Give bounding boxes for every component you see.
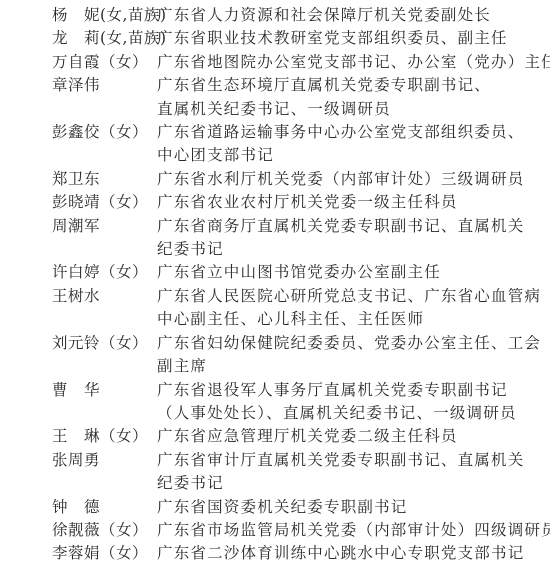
person-role: 广东省道路运输事务中心办公室党支部组织委员、 中心团支部书记 <box>157 121 492 168</box>
list-item: 郑卫东 广东省水利厅机关党委（内部审计处）三级调研员 <box>52 168 502 191</box>
role-line: 广东省妇幼保健院纪委委员、党委办公室主任、工会 <box>157 332 492 355</box>
list-item: 彭鑫佼（女） 广东省道路运输事务中心办公室党支部组织委员、 中心团支部书记 <box>52 121 502 168</box>
person-name: 彭晓靖（女） <box>52 191 157 214</box>
person-name: 许白婷（女） <box>52 261 157 284</box>
person-role: 广东省退役军人事务厅直属机关党委专职副书记 （人事处处长）、直属机关纪委书记、一… <box>157 379 492 426</box>
role-line: 广东省人力资源和社会保障厅机关党委副处长 <box>157 4 492 27</box>
person-name: 刘元铃（女） <box>52 332 157 355</box>
role-line: 广东省职业技术教研室党支部组织委员、副主任 <box>157 27 492 50</box>
list-item: 章泽伟 广东省生态环境厅直属机关党委专职副书记、 直属机关纪委书记、一级调研员 <box>52 74 502 121</box>
person-role: 广东省地图院办公室党支部书记、办公室（党办）主任 <box>157 51 492 74</box>
person-name: 杨 妮(女,苗族) <box>52 4 157 27</box>
list-item: 万自霞（女） 广东省地图院办公室党支部书记、办公室（党办）主任 <box>52 51 502 74</box>
person-role: 广东省立中山图书馆党委办公室副主任 <box>157 261 492 284</box>
person-name: 彭鑫佼（女） <box>52 121 157 144</box>
role-line: 广东省国资委机关纪委专职副书记 <box>157 496 492 519</box>
list-item: 徐靓薇（女） 广东省市场监管局机关党委（内部审计处）四级调研员 <box>52 519 502 542</box>
role-line: 广东省商务厅直属机关党委专职副书记、直属机关 <box>157 215 492 238</box>
person-role: 广东省职业技术教研室党支部组织委员、副主任 <box>157 27 492 50</box>
person-name: 曹 华 <box>52 379 157 402</box>
role-line: 广东省道路运输事务中心办公室党支部组织委员、 <box>157 121 492 144</box>
role-line: 广东省水利厅机关党委（内部审计处）三级调研员 <box>157 168 492 191</box>
role-line: 广东省应急管理厅机关党委二级主任科员 <box>157 425 492 448</box>
role-line: （人事处处长）、直属机关纪委书记、一级调研员 <box>157 402 492 425</box>
role-line: 广东省生态环境厅直属机关党委专职副书记、 <box>157 74 492 97</box>
person-role: 广东省国资委机关纪委专职副书记 <box>157 496 492 519</box>
role-line: 广东省审计厅直属机关党委专职副书记、直属机关 <box>157 449 492 472</box>
list-item: 彭晓靖（女） 广东省农业农村厅机关党委一级主任科员 <box>52 191 502 214</box>
person-name: 王树水 <box>52 285 157 308</box>
role-line: 广东省二沙体育训练中心跳水中心专职党支部书记 <box>157 542 492 565</box>
person-name: 徐靓薇（女） <box>52 519 157 542</box>
person-role: 广东省二沙体育训练中心跳水中心专职党支部书记 <box>157 542 492 565</box>
role-line: 广东省农业农村厅机关党委一级主任科员 <box>157 191 492 214</box>
list-item: 钟 德 广东省国资委机关纪委专职副书记 <box>52 496 502 519</box>
list-item: 刘元铃（女） 广东省妇幼保健院纪委委员、党委办公室主任、工会 副主席 <box>52 332 502 379</box>
role-line: 纪委书记 <box>157 238 492 261</box>
person-role: 广东省审计厅直属机关党委专职副书记、直属机关 纪委书记 <box>157 449 492 496</box>
list-item: 李蓉娟（女） 广东省二沙体育训练中心跳水中心专职党支部书记 <box>52 542 502 565</box>
person-role: 广东省市场监管局机关党委（内部审计处）四级调研员 <box>157 519 492 542</box>
list-item: 周潮军 广东省商务厅直属机关党委专职副书记、直属机关 纪委书记 <box>52 215 502 262</box>
personnel-list: 杨 妮(女,苗族) 广东省人力资源和社会保障厅机关党委副处长 龙 莉(女,苗族)… <box>52 4 502 566</box>
person-name: 龙 莉(女,苗族) <box>52 27 157 50</box>
role-line: 副主席 <box>157 355 492 378</box>
person-role: 广东省生态环境厅直属机关党委专职副书记、 直属机关纪委书记、一级调研员 <box>157 74 492 121</box>
person-role: 广东省农业农村厅机关党委一级主任科员 <box>157 191 492 214</box>
list-item: 张周勇 广东省审计厅直属机关党委专职副书记、直属机关 纪委书记 <box>52 449 502 496</box>
role-line: 广东省市场监管局机关党委（内部审计处）四级调研员 <box>157 519 492 542</box>
role-line: 广东省立中山图书馆党委办公室副主任 <box>157 261 492 284</box>
person-name: 郑卫东 <box>52 168 157 191</box>
person-role: 广东省人民医院心研所党总支书记、广东省心血管病 中心副主任、心儿科主任、主任医师 <box>157 285 492 332</box>
person-role: 广东省妇幼保健院纪委委员、党委办公室主任、工会 副主席 <box>157 332 492 379</box>
person-name: 周潮军 <box>52 215 157 238</box>
person-name: 钟 德 <box>52 496 157 519</box>
person-role: 广东省应急管理厅机关党委二级主任科员 <box>157 425 492 448</box>
role-line: 中心副主任、心儿科主任、主任医师 <box>157 308 492 331</box>
role-line: 直属机关纪委书记、一级调研员 <box>157 98 492 121</box>
person-name: 万自霞（女） <box>52 51 157 74</box>
role-line: 中心团支部书记 <box>157 144 492 167</box>
list-item: 龙 莉(女,苗族) 广东省职业技术教研室党支部组织委员、副主任 <box>52 27 502 50</box>
role-line: 广东省地图院办公室党支部书记、办公室（党办）主任 <box>157 51 492 74</box>
role-line: 广东省人民医院心研所党总支书记、广东省心血管病 <box>157 285 492 308</box>
list-item: 杨 妮(女,苗族) 广东省人力资源和社会保障厅机关党委副处长 <box>52 4 502 27</box>
person-name: 章泽伟 <box>52 74 157 97</box>
role-line: 纪委书记 <box>157 472 492 495</box>
person-role: 广东省水利厅机关党委（内部审计处）三级调研员 <box>157 168 492 191</box>
list-item: 许白婷（女） 广东省立中山图书馆党委办公室副主任 <box>52 261 502 284</box>
person-role: 广东省人力资源和社会保障厅机关党委副处长 <box>157 4 492 27</box>
list-item: 王 琳（女） 广东省应急管理厅机关党委二级主任科员 <box>52 425 502 448</box>
role-line: 广东省退役军人事务厅直属机关党委专职副书记 <box>157 379 492 402</box>
list-item: 曹 华 广东省退役军人事务厅直属机关党委专职副书记 （人事处处长）、直属机关纪委… <box>52 379 502 426</box>
person-name: 李蓉娟（女） <box>52 542 157 565</box>
person-name: 王 琳（女） <box>52 425 157 448</box>
person-name: 张周勇 <box>52 449 157 472</box>
person-role: 广东省商务厅直属机关党委专职副书记、直属机关 纪委书记 <box>157 215 492 262</box>
list-item: 王树水 广东省人民医院心研所党总支书记、广东省心血管病 中心副主任、心儿科主任、… <box>52 285 502 332</box>
